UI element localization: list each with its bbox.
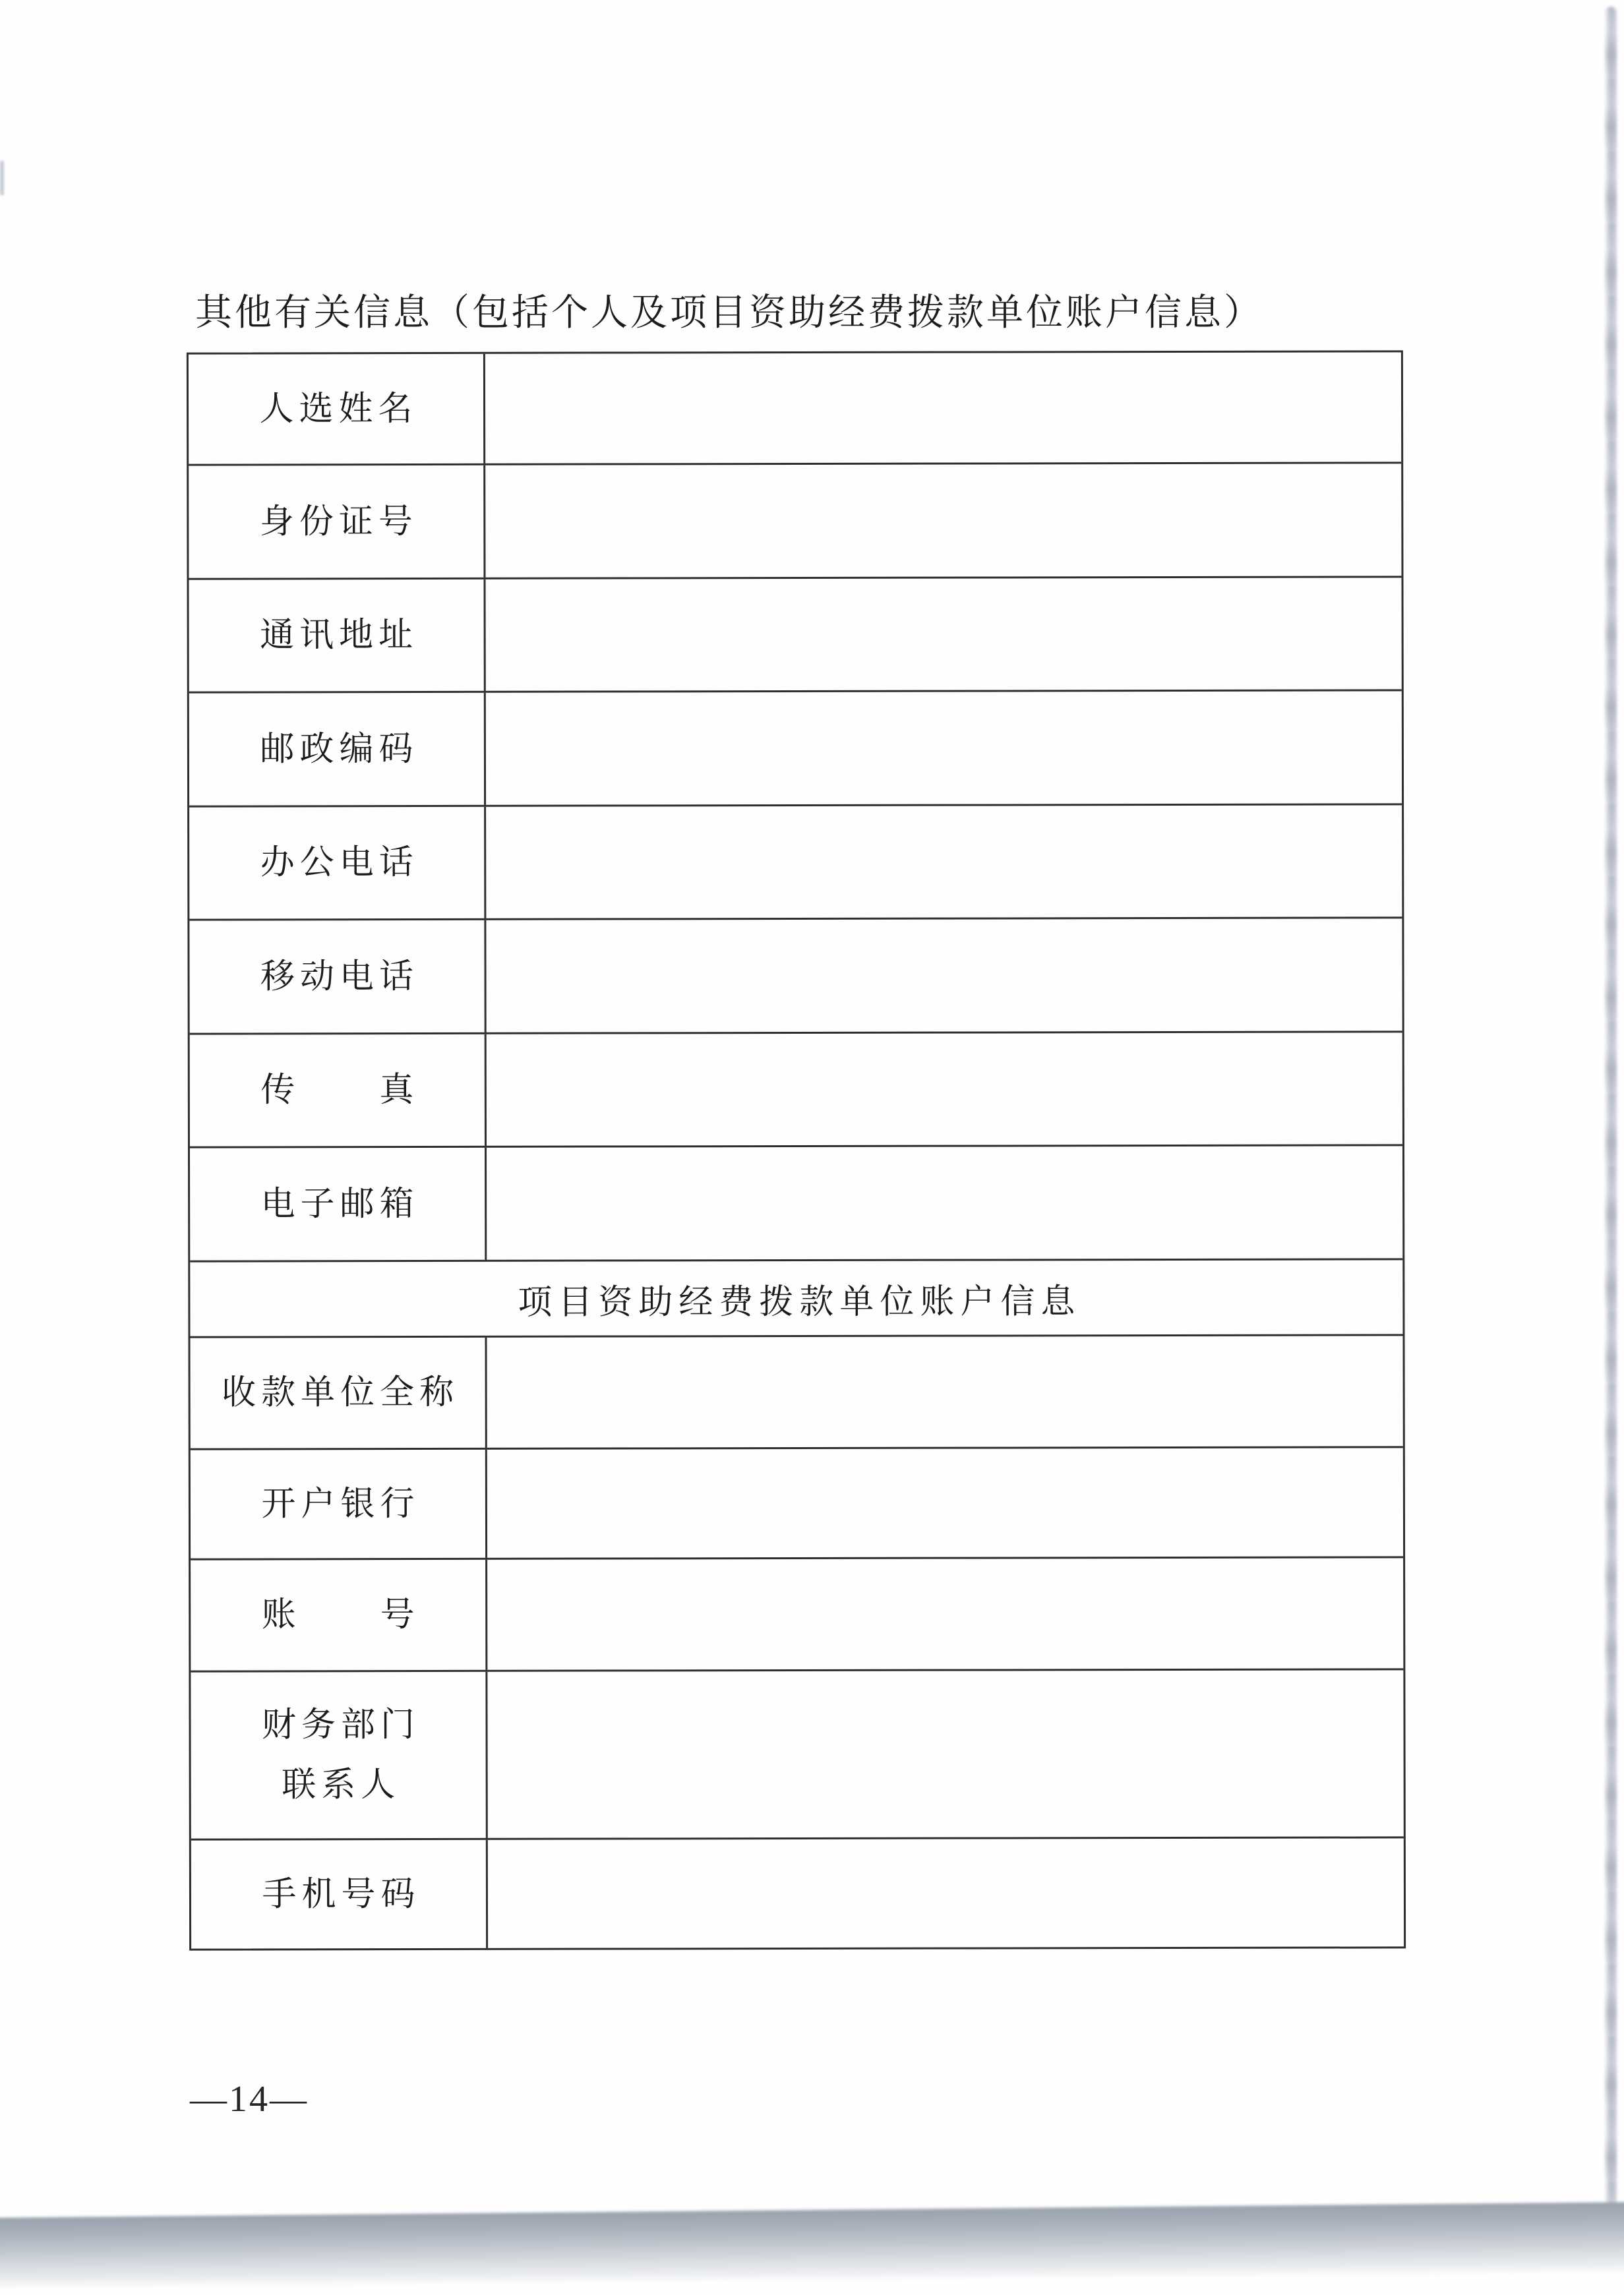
email-value-cell — [487, 1146, 1402, 1259]
scanned-document-page: 其他有关信息（包括个人及项目资助经费拨款单位账户信息） 人选姓名 身份证号 通讯… — [0, 0, 1624, 2295]
scan-artifact-bottom-shadow — [0, 2202, 1624, 2289]
table-row: 账 号 — [191, 1558, 1403, 1672]
postal-code-value-cell — [486, 691, 1402, 804]
table-row: 手机号码 — [191, 1838, 1404, 1948]
label-email: 电子邮箱 — [190, 1148, 487, 1261]
label-mailing-address: 通讯地址 — [189, 580, 485, 692]
table-row: 移动电话 — [189, 918, 1402, 1034]
table-row: 邮政编码 — [189, 691, 1402, 807]
payee-full-name-value-cell — [487, 1336, 1402, 1447]
table-row: 传 真 — [190, 1032, 1402, 1148]
label-bank-name: 开户银行 — [191, 1450, 487, 1559]
label-account-number: 账 号 — [191, 1560, 487, 1671]
table-row: 办公电话 — [189, 805, 1402, 920]
label-fax: 传 真 — [190, 1034, 487, 1147]
table-row: 人选姓名 — [189, 352, 1401, 465]
page-title: 其他有关信息（包括个人及项目资助经费拨款单位账户信息） — [195, 283, 1263, 336]
fax-value-cell — [487, 1032, 1402, 1145]
page-number: —14— — [190, 2078, 309, 2120]
table-row: 电子邮箱 — [190, 1146, 1402, 1262]
finance-dept-contact-value-cell — [487, 1670, 1403, 1837]
table-row: 通讯地址 — [189, 578, 1401, 693]
scan-artifact-left-edge — [0, 161, 4, 195]
bank-name-value-cell — [487, 1448, 1403, 1557]
section-header-text: 项目资助经费拨款单位账户信息 — [518, 1273, 1081, 1323]
contact-mobile-number-value-cell — [488, 1838, 1404, 1948]
candidate-name-value-cell — [485, 352, 1401, 463]
scan-artifact-right-edge — [1605, 7, 1617, 2222]
label-payee-full-name: 收款单位全称 — [190, 1338, 487, 1448]
id-number-value-cell — [485, 463, 1401, 577]
other-information-table: 人选姓名 身份证号 通讯地址 邮政编码 办公电话 移动电话 传 真 — [187, 350, 1406, 1950]
table-row: 收款单位全称 — [190, 1336, 1402, 1450]
mobile-phone-value-cell — [486, 918, 1402, 1032]
label-office-phone: 办公电话 — [189, 807, 486, 919]
office-phone-value-cell — [486, 805, 1402, 918]
label-id-number: 身份证号 — [189, 465, 485, 578]
table-row: 身份证号 — [189, 463, 1401, 580]
table-row: 开户银行 — [191, 1448, 1403, 1560]
section-header-bank-account-info: 项目资助经费拨款单位账户信息 — [190, 1260, 1402, 1338]
label-finance-dept-contact: 财务部门 联系人 — [191, 1672, 487, 1839]
mailing-address-value-cell — [485, 578, 1401, 690]
account-number-value-cell — [487, 1558, 1403, 1669]
label-contact-mobile-number: 手机号码 — [191, 1840, 488, 1949]
label-postal-code: 邮政编码 — [189, 693, 486, 806]
table-row: 财务部门 联系人 — [191, 1670, 1403, 1840]
label-mobile-phone: 移动电话 — [189, 920, 486, 1033]
label-candidate-name: 人选姓名 — [189, 354, 485, 464]
